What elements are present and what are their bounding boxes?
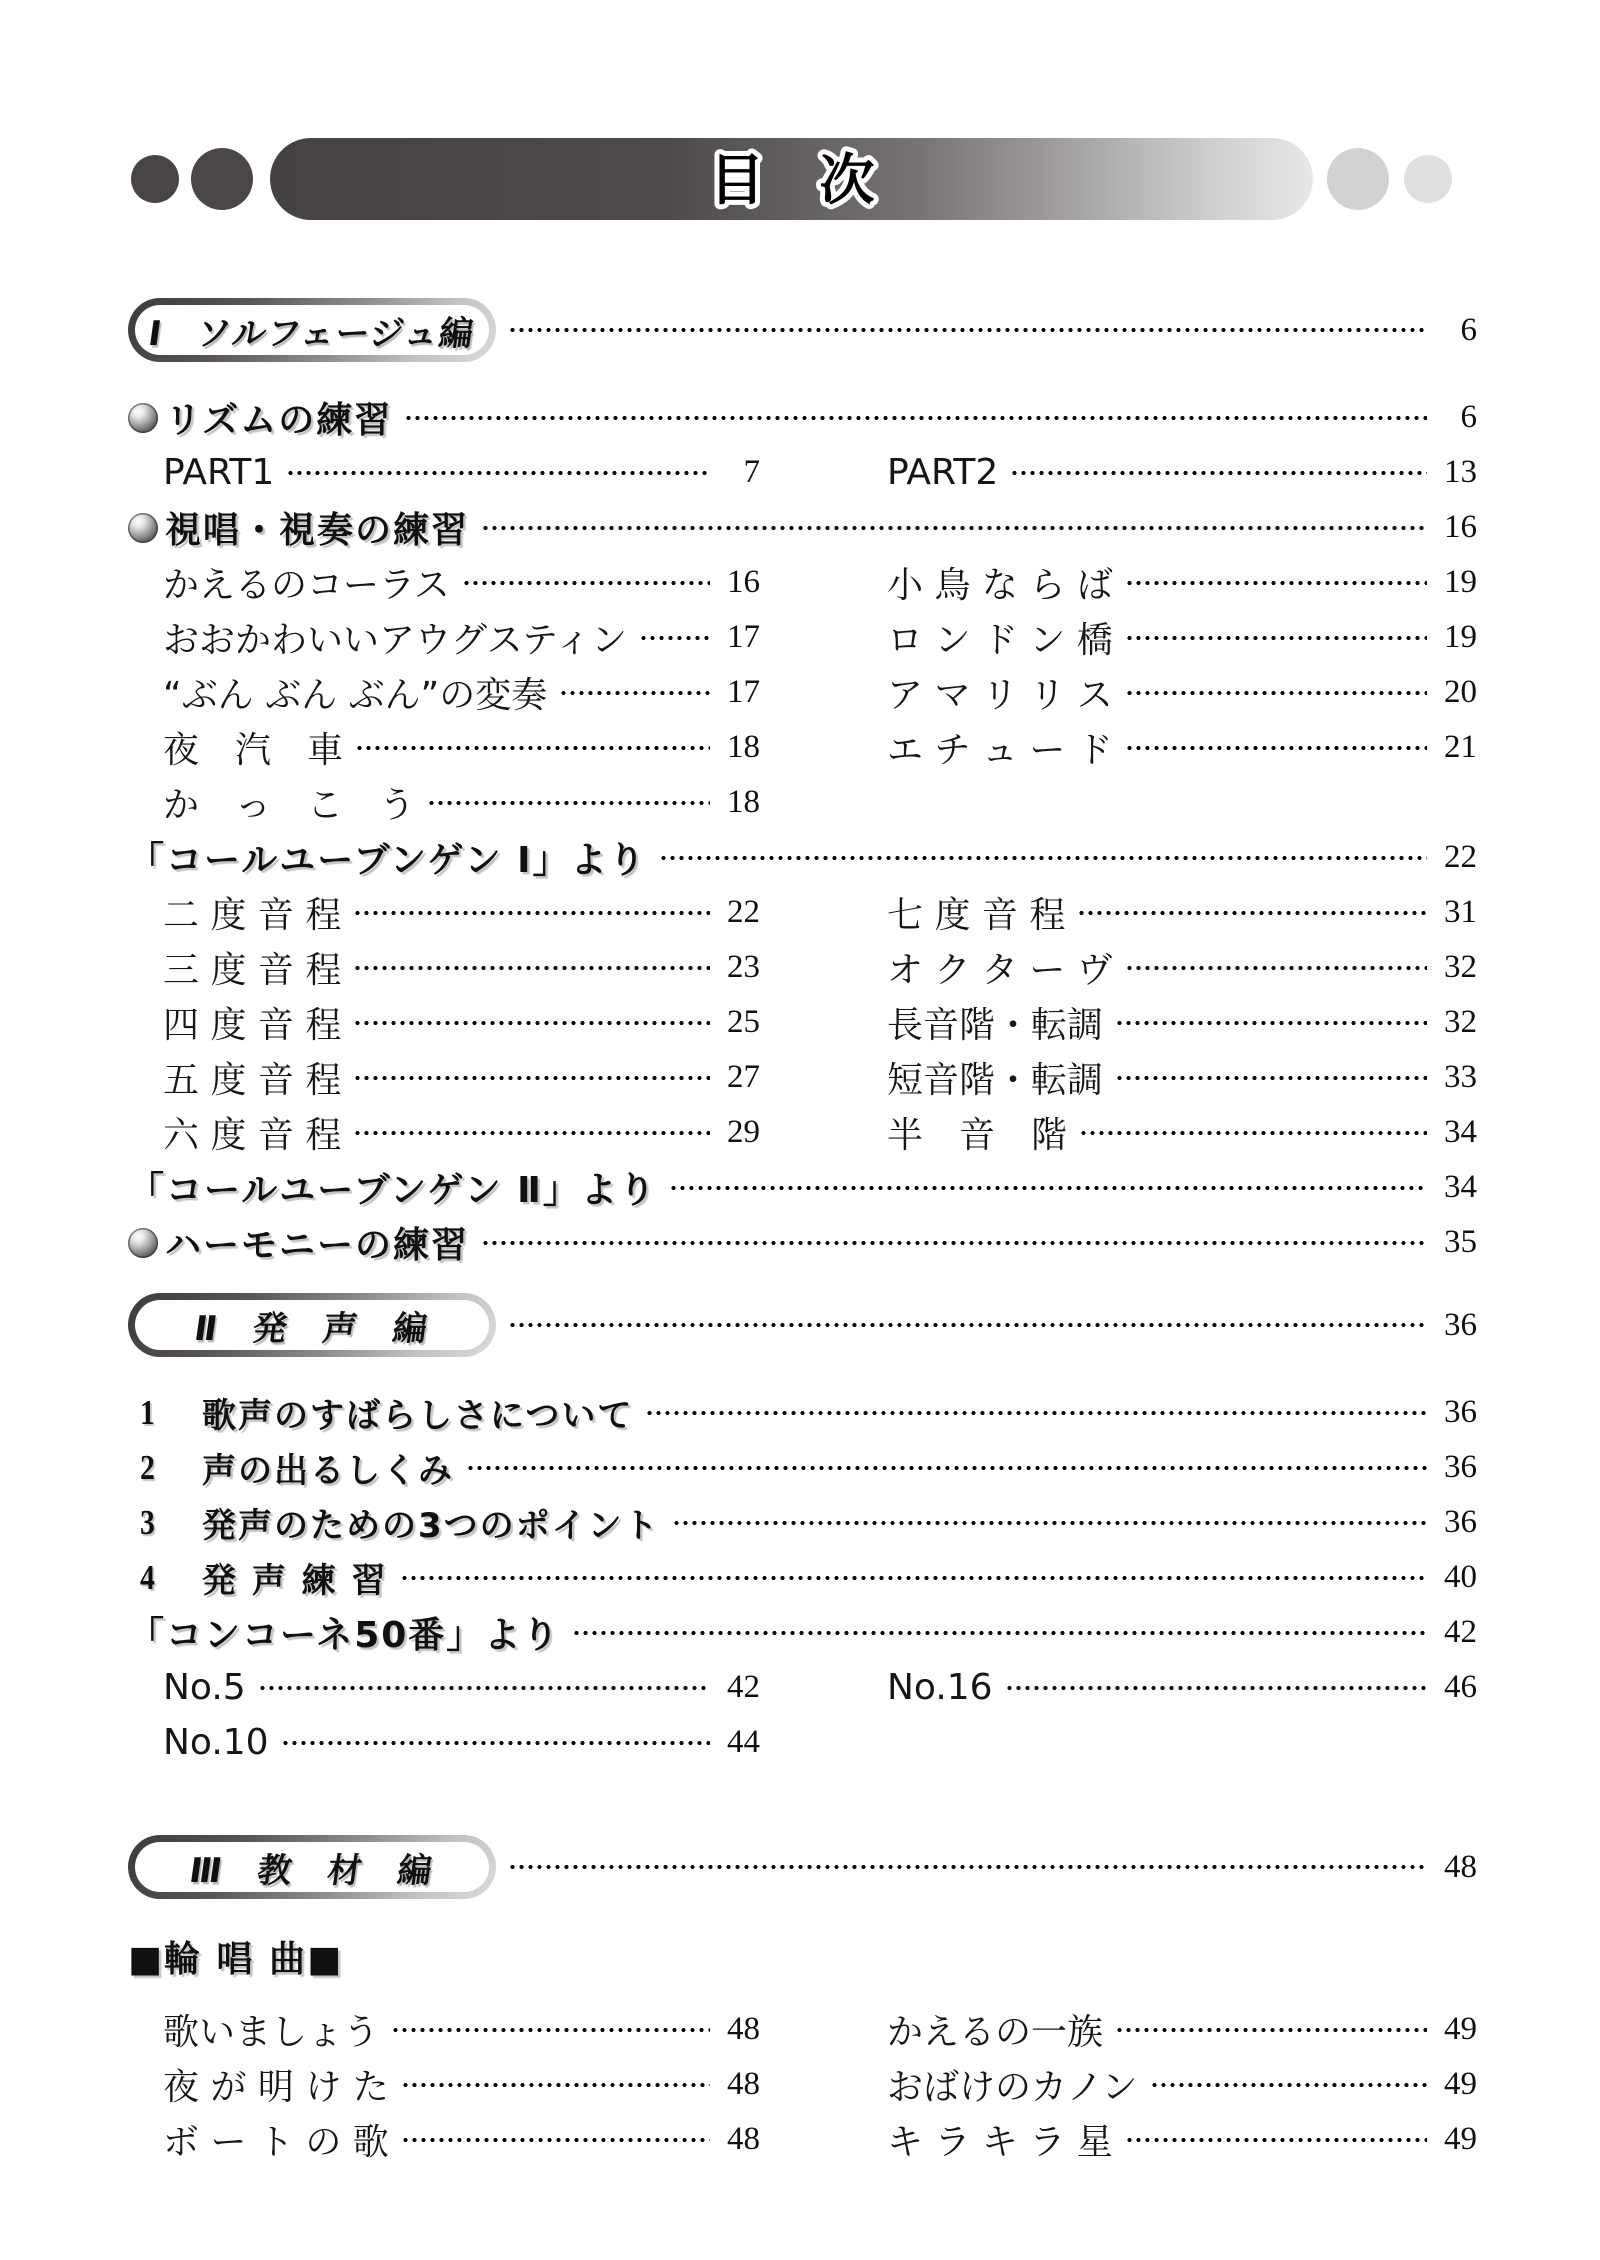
entry-label: おばけのカノン — [887, 2059, 1138, 2110]
dot-leader — [1125, 634, 1427, 642]
page-number: 34 — [1435, 1114, 1477, 1151]
dot-leader — [508, 1321, 1427, 1329]
page-title-graphic: 目 次 — [622, 141, 962, 217]
section-pill-inner: Ⅰ ソルフェージュ編 — [135, 305, 489, 355]
dot-leader — [645, 1409, 1427, 1417]
dot-leader — [1115, 1019, 1427, 1027]
entry-label: リズムの練習 — [165, 392, 392, 443]
toc-entry-pair: 四 度 音 程25 長音階・転調32 — [128, 995, 1477, 1050]
decorative-circle-left-small — [131, 155, 179, 203]
toc-entry: ハーモニーの練習 35 — [128, 1215, 1477, 1270]
decorative-circle-right-large — [1327, 148, 1389, 210]
entry-label: 視唱・視奏の練習 — [165, 502, 469, 553]
section-pill: Ⅱ 発 声 編 — [128, 1293, 496, 1357]
page-number: 17 — [718, 674, 760, 711]
page-number: 36 — [1435, 1449, 1477, 1486]
toc-entry-pair: No.1044 — [128, 1715, 1477, 1770]
page-number: 48 — [1435, 1849, 1477, 1886]
entry-label: 「コールユーブンゲン Ⅱ」より — [128, 1162, 657, 1213]
section-pill-inner: Ⅱ 発 声 編 — [135, 1300, 489, 1350]
dot-leader — [401, 2136, 710, 2144]
entry-label: 三 度 音 程 — [163, 942, 341, 993]
dot-leader — [1077, 909, 1427, 917]
entry-label: 夜 が 明 け た — [163, 2059, 389, 2110]
page-title: 目 次 — [709, 148, 874, 212]
entry-number: 2 — [140, 1448, 193, 1488]
subheading-label: ■輪 唱 曲■ — [128, 1931, 343, 1982]
entry-label: 歌いましょう — [163, 2004, 379, 2055]
entry-label: PART2 — [887, 452, 998, 493]
page-number: 48 — [718, 2011, 760, 2048]
section-pill: Ⅲ 教 材 編 — [128, 1835, 496, 1899]
page-number: 25 — [718, 1004, 760, 1041]
toc-entry-pair: 五 度 音 程27 短音階・転調33 — [128, 1050, 1477, 1105]
entry-label: 発 声 練 習 — [202, 1553, 388, 1602]
toc-entry-pair: 二 度 音 程22 七 度 音 程31 — [128, 885, 1477, 940]
dot-leader — [258, 1684, 710, 1692]
toc-page: 目 次 Ⅰ ソルフェージュ編 6 リズムの練習 6 PART1 — [0, 0, 1600, 2260]
toc-section-3-heading: Ⅲ 教 材 編 48 — [128, 1835, 1477, 1899]
section-pill-label: Ⅲ 教 材 編 — [187, 1843, 437, 1892]
entry-label: 五 度 音 程 — [163, 1052, 341, 1103]
page-number: 17 — [718, 619, 760, 656]
section-pill-label: Ⅱ 発 声 編 — [192, 1301, 432, 1350]
page-number: 23 — [718, 949, 760, 986]
dot-leader — [669, 1184, 1427, 1192]
toc-entry: 2 声の出るしくみ 36 — [128, 1440, 1477, 1495]
dot-leader — [659, 854, 1427, 862]
page-number: 13 — [1435, 454, 1477, 491]
dot-leader — [466, 1464, 1427, 1472]
decorative-circle-left-large — [191, 148, 253, 210]
dot-leader — [353, 1129, 710, 1137]
entry-label: 声の出るしくみ — [202, 1443, 454, 1492]
entry-label: おおかわいいアウグスティン — [163, 612, 627, 663]
page-number: 31 — [1435, 894, 1477, 931]
toc-entry-pair: ボ ー ト の 歌48 キ ラ キ ラ 星49 — [128, 2112, 1477, 2167]
page-number: 32 — [1435, 1004, 1477, 1041]
page-number: 40 — [1435, 1559, 1477, 1596]
decorative-circle-right-small — [1404, 155, 1452, 203]
page-number: 42 — [1435, 1614, 1477, 1651]
dot-leader — [353, 1074, 710, 1082]
page-number: 36 — [1435, 1307, 1477, 1344]
dot-leader — [481, 524, 1427, 532]
entry-label: キ ラ キ ラ 星 — [887, 2114, 1113, 2165]
toc-entry: 3 発声のための3つのポイント 36 — [128, 1495, 1477, 1550]
page-number: 34 — [1435, 1169, 1477, 1206]
pair-right: PART2 13 — [887, 445, 1477, 500]
page-number: 16 — [718, 564, 760, 601]
page-number: 48 — [718, 2066, 760, 2103]
page-number: 6 — [1435, 399, 1477, 436]
toc-entry-pair: 夜 汽 車18 エ チ ュ ー ド21 — [128, 720, 1477, 775]
entry-label: ハーモニーの練習 — [165, 1217, 469, 1268]
toc-subheading: ■輪 唱 曲■ — [128, 1929, 1477, 1984]
dot-leader — [508, 326, 1427, 334]
title-bar: 目 次 — [270, 138, 1313, 220]
page-number: 33 — [1435, 1059, 1477, 1096]
page-number: 42 — [718, 1669, 760, 1706]
page-number: 35 — [1435, 1224, 1477, 1261]
entry-label: 半 音 階 — [887, 1107, 1067, 1158]
dot-leader — [639, 634, 710, 642]
entry-label: か っ こ う — [163, 777, 415, 828]
page-number: 16 — [1435, 509, 1477, 546]
toc-entry-pair: 三 度 音 程23 オ ク タ ー ヴ32 — [128, 940, 1477, 995]
dot-leader — [572, 1629, 1427, 1637]
sphere-bullet-icon — [128, 513, 158, 543]
page-number: 22 — [718, 894, 760, 931]
toc-entry: 「コールユーブンゲン Ⅱ」より 34 — [128, 1160, 1477, 1215]
entry-label: 長音階・転調 — [887, 997, 1103, 1048]
toc-entry-pair: おおかわいいアウグスティン17 ロ ン ド ン 橋19 — [128, 610, 1477, 665]
toc-entry: 1 歌声のすばらしさについて 36 — [128, 1385, 1477, 1440]
dot-leader — [1125, 689, 1427, 697]
page-number: 49 — [1435, 2011, 1477, 2048]
dot-leader — [353, 909, 710, 917]
toc-entry-pair: 歌いましょう48 かえるの一族49 — [128, 2002, 1477, 2057]
page-number: 22 — [1435, 839, 1477, 876]
dot-leader — [1150, 2081, 1427, 2089]
entry-number: 3 — [140, 1503, 193, 1543]
dot-leader — [401, 2081, 710, 2089]
toc-list: Ⅰ ソルフェージュ編 6 リズムの練習 6 PART1 7 PART2 — [0, 298, 1600, 2167]
entry-label: No.16 — [887, 1667, 993, 1708]
section-pill-label: Ⅰ ソルフェージュ編 — [146, 306, 478, 355]
page-number: 27 — [718, 1059, 760, 1096]
dot-leader — [281, 1739, 710, 1747]
page-number: 48 — [718, 2121, 760, 2158]
sphere-bullet-icon — [128, 403, 158, 433]
dot-leader — [391, 2026, 710, 2034]
page-number: 19 — [1435, 564, 1477, 601]
page-number: 6 — [1435, 312, 1477, 349]
dot-leader — [672, 1519, 1427, 1527]
entry-label: 小 鳥 な ら ば — [887, 557, 1113, 608]
page-number: 18 — [718, 784, 760, 821]
dot-leader — [462, 579, 710, 587]
toc-entry-pair: 六 度 音 程29 半 音 階34 — [128, 1105, 1477, 1160]
toc-section-2-heading: Ⅱ 発 声 編 36 — [128, 1293, 1477, 1357]
header-banner: 目 次 — [0, 138, 1600, 220]
toc-entry-pair: No.542 No.1646 — [128, 1660, 1477, 1715]
entry-label: 六 度 音 程 — [163, 1107, 341, 1158]
dot-leader — [400, 1574, 1427, 1582]
dot-leader — [353, 1019, 710, 1027]
entry-number: 1 — [140, 1393, 193, 1433]
toc-entry-pair: かえるのコーラス16 小 鳥 な ら ば19 — [128, 555, 1477, 610]
page-number: 32 — [1435, 949, 1477, 986]
toc-entry: 視唱・視奏の練習 16 — [128, 500, 1477, 555]
dot-leader — [1079, 1129, 1427, 1137]
toc-entry: 「コンコーネ50番」より 42 — [128, 1605, 1477, 1660]
dot-leader — [355, 744, 710, 752]
entry-label: No.10 — [163, 1722, 269, 1763]
entry-label: エ チ ュ ー ド — [887, 722, 1113, 773]
entry-label: ロ ン ド ン 橋 — [887, 612, 1113, 663]
entry-label: ボ ー ト の 歌 — [163, 2114, 389, 2165]
page-number: 19 — [1435, 619, 1477, 656]
entry-number: 4 — [140, 1558, 193, 1598]
entry-label: 七 度 音 程 — [887, 887, 1065, 938]
dot-leader — [1005, 1684, 1427, 1692]
dot-leader — [353, 964, 710, 972]
entry-label: 夜 汽 車 — [163, 722, 343, 773]
entry-label: オ ク タ ー ヴ — [887, 942, 1113, 993]
entry-label: PART1 — [163, 452, 274, 493]
entry-label: No.5 — [163, 1667, 246, 1708]
sphere-bullet-icon — [128, 1228, 158, 1258]
entry-label: 発声のための3つのポイント — [202, 1498, 660, 1547]
toc-section-1-heading: Ⅰ ソルフェージュ編 6 — [128, 298, 1477, 362]
page-number: 44 — [718, 1724, 760, 1761]
page-number: 36 — [1435, 1394, 1477, 1431]
entry-label: “ぶん ぶん ぶん”の変奏 — [163, 667, 547, 718]
dot-leader — [1115, 2026, 1427, 2034]
pair-left: PART1 7 — [128, 445, 760, 500]
page-number: 36 — [1435, 1504, 1477, 1541]
toc-entry-pair: PART1 7 PART2 13 — [128, 445, 1477, 500]
page-number: 21 — [1435, 729, 1477, 766]
entry-label: 短音階・転調 — [887, 1052, 1103, 1103]
toc-entry: リズムの練習 6 — [128, 390, 1477, 445]
dot-leader — [508, 1863, 1427, 1871]
entry-label: 歌声のすばらしさについて — [202, 1388, 633, 1437]
dot-leader — [404, 414, 1427, 422]
dot-leader — [1125, 2136, 1427, 2144]
section-pill-inner: Ⅲ 教 材 編 — [135, 1842, 489, 1892]
dot-leader — [1125, 579, 1427, 587]
dot-leader — [1125, 744, 1427, 752]
entry-label: 「コールユーブンゲン Ⅰ」より — [128, 832, 647, 883]
entry-label: 四 度 音 程 — [163, 997, 341, 1048]
page-number: 7 — [718, 454, 760, 491]
entry-label: ア マ リ リ ス — [887, 667, 1113, 718]
dot-leader — [427, 799, 710, 807]
toc-entry-pair: か っ こ う18 — [128, 775, 1477, 830]
dot-leader — [559, 689, 710, 697]
page-number: 49 — [1435, 2121, 1477, 2158]
dot-leader — [1010, 469, 1427, 477]
dot-leader — [286, 469, 710, 477]
entry-label: 二 度 音 程 — [163, 887, 341, 938]
dot-leader — [1115, 1074, 1427, 1082]
section-pill: Ⅰ ソルフェージュ編 — [128, 298, 496, 362]
toc-entry: 4 発 声 練 習 40 — [128, 1550, 1477, 1605]
entry-label: 「コンコーネ50番」より — [128, 1607, 560, 1658]
page-number: 20 — [1435, 674, 1477, 711]
toc-entry-pair: 夜 が 明 け た48 おばけのカノン49 — [128, 2057, 1477, 2112]
page-number: 49 — [1435, 2066, 1477, 2103]
page-number: 46 — [1435, 1669, 1477, 1706]
entry-label: かえるの一族 — [887, 2004, 1103, 2055]
dot-leader — [1125, 964, 1427, 972]
toc-entry-pair: “ぶん ぶん ぶん”の変奏17 ア マ リ リ ス20 — [128, 665, 1477, 720]
page-number: 29 — [718, 1114, 760, 1151]
toc-entry: 「コールユーブンゲン Ⅰ」より 22 — [128, 830, 1477, 885]
dot-leader — [481, 1239, 1427, 1247]
entry-label: かえるのコーラス — [163, 557, 450, 608]
page-number: 18 — [718, 729, 760, 766]
